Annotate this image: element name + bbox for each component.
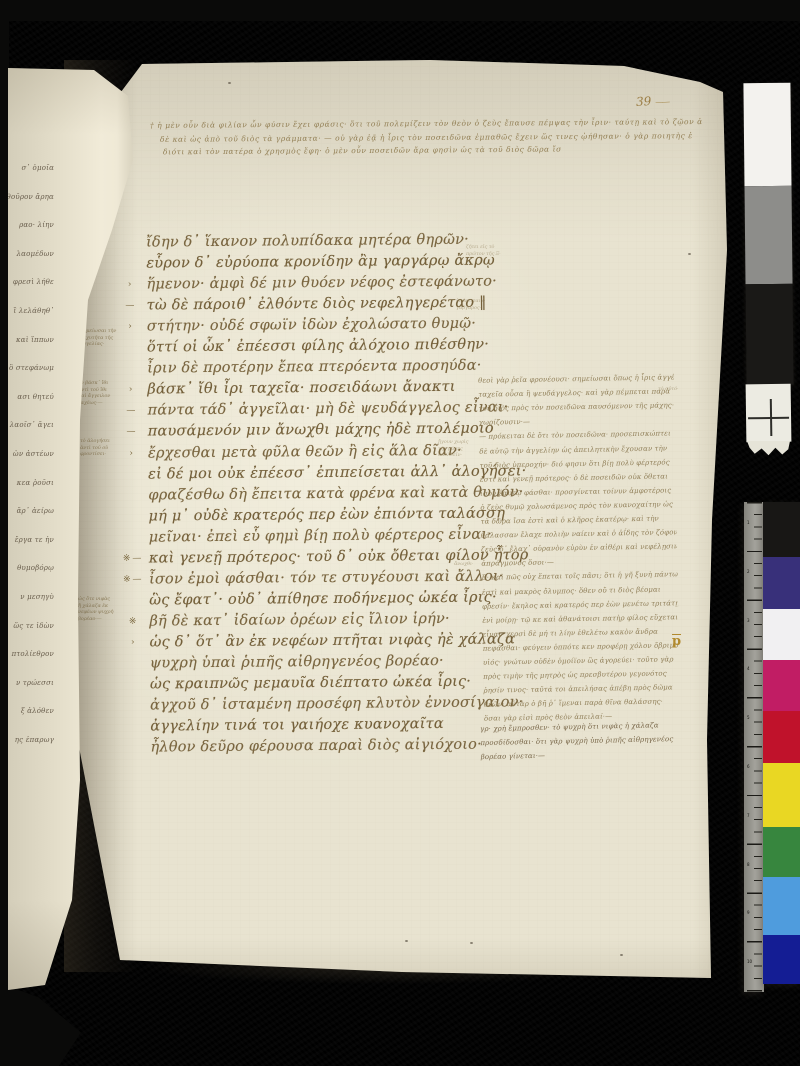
color-patch [763, 827, 800, 877]
verse-line: ›ἔρχεσθαι μετὰ φῦλα θεῶν ἢ εἰς ἅλα δῖαν· [114, 439, 462, 463]
verse-text: στήτην· οὐδέ σφωϊν ἰδὼν ἐχολώσατο θυμῷ· [147, 316, 476, 335]
color-calibration-bar [763, 502, 800, 984]
previous-folio-line: θοῦρον ἄρηα [0, 193, 54, 202]
critical-mark: › [112, 280, 146, 290]
verse-line: ψυχρὴ ὑπαὶ ῥιπῆς αἰθρηγενέος βορέαο· [116, 650, 444, 674]
scholion-line: βορέαο γίνεται·— [481, 748, 677, 762]
marginal-note: ὑπόκειται ὁ γάργαρος· [456, 298, 485, 311]
verse-line: ›βάσκ᾽ ἴθι ἶρι ταχεῖα· ποσειδάωνι ἄνακτι [113, 376, 455, 400]
verse-line: ※βῆ δὲ κατ᾽ ἰδαίων ὀρέων εἰς ἴλιον ἱρήν· [115, 608, 450, 632]
ruler-number: 8 [747, 862, 750, 867]
previous-folio-line: λαομέδων [0, 250, 54, 259]
scholion-line: ἶσον ἑαυτῷ φάσθαι· προσγίνεται τοίνυν ἀμ… [480, 485, 676, 498]
verse-text: ἀγγελίην τινά τοι γαιήοχε κυανοχαῖτα [150, 716, 444, 735]
scholion-line: τοῦ διὸς ὑπεροχήν· διό φησιν ὅτι βίῃ πολ… [479, 457, 675, 470]
color-patch [763, 502, 800, 557]
previous-folio-line: ασι θητεύ [0, 393, 54, 402]
verse-line: ὡς κραιπνῶς μεμαυῖα διέπτατο ὠκέα ἶρις· [116, 671, 471, 695]
marginal-note: ἤγουν χωρὶς τῆς μάχης ἀπελθεῖν· [438, 439, 468, 459]
right-scholia-column: θεοὶ γὰρ ῥεῖα φρονέουσι· σημείωσαι ὅπως … [478, 372, 678, 375]
manuscript-photo: 39 —— † ἡ μὲν οὖν διὰ φιλίαν ὧν φύσιν ἔχ… [0, 0, 800, 1066]
verse-text: μεῖναι· ἐπεὶ εὗ φημὶ βίῃ πολὺ φέρτερος ε… [149, 526, 493, 545]
ruler-number: 7 [747, 813, 750, 818]
color-patch [763, 877, 800, 935]
scholion-line: τοῦ διὸς πρὸς τὸν ποσειδῶνα παυσόμενον τ… [479, 401, 675, 414]
verse-text: τὼ δὲ πάροιθ᾽ ἐλθόντε διὸς νεφεληγερέταο… [147, 295, 487, 314]
critical-mark: — [114, 427, 148, 437]
verse-line: ἀγγελίην τινά τοι γαιήοχε κυανοχαῖτα [116, 713, 444, 737]
verse-text: ἶσον ἐμοὶ φάσθαι· τόν τε στυγέουσι καὶ ἄ… [149, 568, 504, 587]
ruler-number: 9 [747, 910, 750, 915]
critical-mark: › [114, 448, 148, 458]
previous-folio-line: καὶ ἵππων [0, 336, 54, 345]
scholion-line: ὁ ζεὺς θυμῷ χολωσάμενος πρὸς τὸν κυανοχα… [480, 499, 676, 512]
verse-text: ἔρχεσθαι μετὰ φῦλα θεῶν ἢ εἰς ἅλα δῖαν· [148, 442, 462, 461]
critical-mark: › [113, 322, 147, 332]
critical-mark: — [114, 406, 148, 416]
color-patch [763, 557, 800, 609]
verse-line: ἴδην δ᾽ ἵκανον πολυπίδακα μητέρα θηρῶν· [112, 229, 469, 253]
scholion-line: ζεὺς δ᾽ ἔλαχ᾽ οὐρανὸν εὐρὺν ἐν αἰθέρι κα… [481, 541, 677, 554]
previous-folio-line: ἳ λελάθηθ᾽ [0, 307, 54, 316]
verse-text: ὡς κραιπνῶς μεμαυῖα διέπτατο ὠκέα ἶρις· [150, 674, 471, 693]
scholion-line: δὲ αὐτῷ τὴν ἀγγελίην ὡς ἀπειλητικὴν ἔχου… [479, 443, 675, 456]
scholion-line: Ε· καὶ πῶς οὐχ ἕπεται τοῖς πᾶσι; ὅτι ἡ γ… [481, 570, 677, 583]
verse-text: παυσάμενόν μιν ἄνωχθι μάχης ἠδὲ πτολέμοι… [148, 421, 494, 440]
marginal-note: τὸ βάσκ᾽ ἴθι ἀντὶ τοῦ ἴθι καὶ ἄγγειλον τ… [78, 380, 110, 406]
header-scholion-line: † ἡ μὲν οὖν διὰ φιλίαν ὧν φύσιν ἔχει φρά… [150, 116, 702, 132]
critical-mark: › [113, 385, 147, 395]
verse-text: βάσκ᾽ ἴθι ἶρι ταχεῖα· ποσειδάωνι ἄνακτι [147, 379, 455, 398]
color-patch [763, 660, 800, 711]
color-patch [763, 935, 800, 984]
previous-folio-line: ὃ στεφάνωμ [0, 364, 54, 373]
marginal-note: ζήτει εἰς τὸ πρῶτον τῆς Ξ· [466, 244, 501, 257]
scholion-line: προσδίδοσθαι· ὅτι γὰρ ψυχρὴ ὑπὸ ῥιπῆς αἰ… [480, 734, 676, 748]
ink-speck [405, 940, 408, 942]
scholion-line: εἶναι· χερσὶ δὲ μή τι λίην ἐθελέτω κακὸν… [482, 626, 678, 639]
previous-folio-line: λαοῖσ᾽ ἄγει [0, 421, 54, 430]
previous-folio-line: ν μεσηγὺ [0, 593, 54, 602]
verse-line: ἦλθον δεῦρο φέρουσα παραὶ διὸς αἰγιόχοιο… [116, 734, 482, 758]
previous-folio-line: ραο· λίην [0, 221, 54, 230]
registration-cross [748, 417, 789, 419]
scholion-line: ἀπράγμονος ὅσοι·— [481, 556, 677, 569]
verse-text: ἶριν δὲ προτέρην ἔπεα πτερόεντα προσηύδα… [147, 358, 481, 377]
verse-text: ἥμενον· ἀμφὶ δέ μιν θυόεν νέφος ἐστεφάνω… [146, 274, 497, 293]
marginal-note: ἄνωχθι· [454, 561, 473, 568]
grayscale-patch [743, 83, 791, 186]
marginal-note: ὡς ὅτε νιφὰς ἢ χάλαζα ἐκ νεφέων ψυχρὴ βο… [78, 596, 113, 622]
verse-text: ὡς δ᾽ ὅτ᾽ ἂν ἐκ νεφέων πτῆται νιφὰς ἠὲ χ… [150, 631, 516, 650]
ruler-number: 2 [747, 569, 750, 574]
scholion-line: ῥησίν τινος· ταῦτά τοι ἀπειλήσας ἀπέβη π… [483, 682, 679, 695]
previous-folio-line: φρεσὶ λήθε [0, 278, 54, 287]
previous-folio-line: πτολίεθρον [0, 650, 54, 659]
ruler-number: 10 [747, 959, 752, 964]
scholion-line: ἐστι καὶ γενεῇ πρότερος· ὁ δὲ ποσειδῶν ο… [480, 471, 676, 484]
color-patch [763, 609, 800, 660]
verse-text: ἀγχοῦ δ᾽ ἱσταμένη προσέφη κλυτὸν ἐννοσίγ… [150, 694, 523, 713]
manuscript-page: 39 —— † ἡ μὲν οὖν διὰ φιλίαν ὧν φύσιν ἔχ… [60, 56, 732, 984]
ruler-number: 5 [747, 715, 750, 720]
scholion-line: θεῶν· αὐτὰρ ὁ βῆ ῥ᾽ ἴμεναι παρὰ θῖνα θαλ… [484, 697, 680, 710]
verse-text: εὗρον δ᾽ εὐρύοπα κρονίδην ἂμ γαργάρῳ ἄκρ… [146, 253, 495, 272]
ruler-number: 4 [747, 666, 750, 671]
ink-speck [620, 954, 623, 956]
ink-speck [228, 82, 231, 84]
grayscale-patch [744, 186, 792, 284]
ruler-number: 1 [747, 520, 750, 525]
header-scholion-line: διότι καὶ τὸν πατέρα ὁ χρησμὸς ἔφη· ὁ μὲ… [163, 144, 561, 159]
previous-folio-line: ης ἐπαρωγ [0, 736, 54, 745]
scholion-line: ἐνὶ μοίρῃ· τῷ κε καὶ ἀθανάτοισι πατὴρ φί… [482, 612, 678, 625]
previous-folio-line: ὥς τε ἰδὼν [0, 622, 54, 631]
ruler-number: 6 [747, 764, 750, 769]
verse-text: ὅττί οἱ ὦκ᾽ ἐπέεσσι φίλης ἀλόχοιο πιθέσθ… [147, 337, 489, 356]
previous-folio-line: ἄρ᾽ ἀείρω [0, 507, 54, 516]
previous-folio-line: θυμοβόρῳ [0, 564, 54, 573]
folio-flourish: —— [655, 97, 669, 107]
scholion-line: τὰ δῶρα ἴσα ἐστὶ καὶ ὁ κλῆρος ἑκατέρῳ· κ… [480, 513, 676, 526]
verse-text: βῆ δὲ κατ᾽ ἰδαίων ὀρέων εἰς ἴλιον ἱρήν· [149, 611, 450, 630]
scholion-line: πρὸς τιμὴν τῆς μητρὸς ὡς πρεσβυτέρου γεγ… [483, 668, 679, 681]
scholion-line: πεφάσθαι· φεύγειν ὁππότε κεν προφέρῃ χόλ… [483, 640, 679, 653]
scholion-line: υἱός· γνώτων οὐδὲν ὁμοίϊον ὣς ἀγορεύει· … [483, 654, 679, 667]
scholion-line: χωρίζουσιν·— [479, 415, 675, 428]
scholion-line: θάλασσαν ἔλαχε πολιὴν ναίειν καὶ ὁ ἀΐδης… [481, 527, 677, 540]
critical-mark: ※ [115, 616, 149, 626]
previous-folio-line: κεα ῥοῦσι [0, 479, 54, 488]
verse-text: ἴδην δ᾽ ἵκανον πολυπίδακα μητέρα θηρῶν· [146, 232, 469, 251]
previous-folio-line: ἔργα τε ἦν [0, 536, 54, 545]
critical-mark: — [113, 301, 147, 311]
ruler: 12345678910 [744, 502, 764, 992]
grayscale-bar [743, 83, 793, 385]
ink-speck [470, 942, 473, 944]
verse-text: εἰ δέ μοι οὐκ ἐπέεσσ᾽ ἐπιπείσεται ἀλλ᾽ ἀ… [148, 463, 526, 482]
quire-signature: p [672, 634, 681, 648]
photo-frame-left [0, 0, 9, 1002]
previous-folio-line: ν τρώεσσι [0, 679, 54, 688]
verse-block: ἴδην δ᾽ ἵκανον πολυπίδακα μητέρα θηρῶν·ε… [112, 228, 532, 232]
verse-text: ψυχρὴ ὑπαὶ ῥιπῆς αἰθρηγενέος βορέαο· [150, 653, 444, 672]
verse-text: φραζέσθω δὴ ἔπειτα κατὰ φρένα καὶ κατὰ θ… [148, 484, 523, 503]
scholion-line: — πρόκειται δὲ ὅτι τὸν ποσειδῶνα· προσεπ… [479, 429, 675, 442]
marginal-note: τὸ ἀλογήσει ἀντὶ τοῦ οὐ φροντίσει· [80, 438, 110, 458]
verse-text: μή μ᾽ οὐδὲ κρατερός περ ἐὼν ἐπιόντα ταλά… [148, 505, 505, 524]
grayscale-patch [746, 284, 794, 385]
verse-text: ἦλθον δεῦρο φέρουσα παραὶ διὸς αἰγιόχοιο… [150, 737, 481, 756]
verse-line: ›ὡς δ᾽ ὅτ᾽ ἂν ἐκ νεφέων πτῆται νιφὰς ἠὲ … [115, 628, 515, 652]
previous-folio-line: ξ ἁλόθεν [0, 707, 54, 716]
verse-text: ὣς ἔφατ᾽· οὐδ᾽ ἀπίθησε ποδήνεμος ὠκέα ἶρ… [149, 589, 497, 608]
scholion-line: φρεσίν· ἕκηλος καὶ κρατερός περ ἐὼν μενέ… [482, 598, 678, 611]
registration-tab [746, 384, 792, 443]
folio-number: 39 —— [636, 93, 670, 109]
header-scholion-line: δὲ καὶ ὡς ἀπὸ τοῦ διὸς τὰ γράμματα· — οὐ… [160, 130, 692, 146]
critical-mark: › [116, 637, 150, 647]
scholion-line: ταχεῖα οὖσα ἢ ψευδάγγελος· καὶ γὰρ πέμπε… [478, 386, 674, 399]
scholion-line: ἐστὶ καὶ μακρὸς ὄλυμπος· ὅθεν οὔ τι διὸς… [482, 584, 678, 597]
previous-folio-line: σ᾽ ὁμοῖα [0, 164, 54, 173]
scholion-line: θεοὶ γὰρ ῥεῖα φρονέουσι· σημείωσαι ὅπως … [478, 372, 674, 385]
ink-speck [688, 253, 691, 255]
previous-folio-line: ὧν ἀστέων [0, 450, 54, 459]
registration-cross [770, 399, 772, 436]
verse-text: πάντα τάδ᾽ ἀγγεῖλαι· μὴ δὲ ψευδάγγελος ε… [148, 400, 509, 419]
critical-mark: ※ — [115, 553, 149, 563]
ruler-number: 3 [747, 618, 750, 623]
critical-mark: ※ — [115, 574, 149, 584]
color-patch [763, 763, 800, 827]
ruler-numbers: 12345678910 [747, 520, 755, 1010]
color-patch [763, 711, 800, 763]
verse-line: ἀγχοῦ δ᾽ ἱσταμένη προσέφη κλυτὸν ἐννοσίγ… [116, 691, 523, 716]
photo-frame-top [0, 0, 800, 21]
